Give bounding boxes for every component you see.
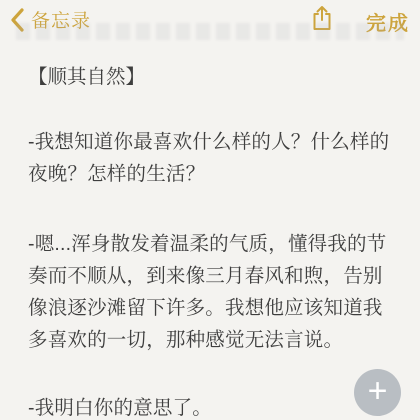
note-paragraph-2: -嗯...浑身散发着温柔的气质，懂得我的节奏而不顺从，到来像三月春风和煦，告别像…	[28, 228, 394, 356]
note-paragraph-3: -我明白你的意思了。	[28, 392, 394, 420]
done-button[interactable]: 完成	[366, 7, 410, 36]
plus-icon: +	[368, 374, 388, 408]
share-button[interactable]	[310, 5, 334, 31]
note-title: 【顺其自然】	[28, 62, 394, 92]
note-paragraph-1: -我想知道你最喜欢什么样的人？什么样的夜晚？怎样的生活？	[28, 126, 394, 190]
nav-bar: 备忘录 完成	[0, 0, 420, 42]
back-button[interactable]: 备忘录	[10, 6, 91, 33]
back-chevron-icon	[10, 8, 25, 32]
note-content[interactable]: 【顺其自然】 -我想知道你最喜欢什么样的人？什么样的夜晚？怎样的生活？ -嗯..…	[28, 62, 394, 420]
back-button-label: 备忘录	[31, 6, 91, 33]
add-note-button[interactable]: +	[354, 369, 401, 416]
